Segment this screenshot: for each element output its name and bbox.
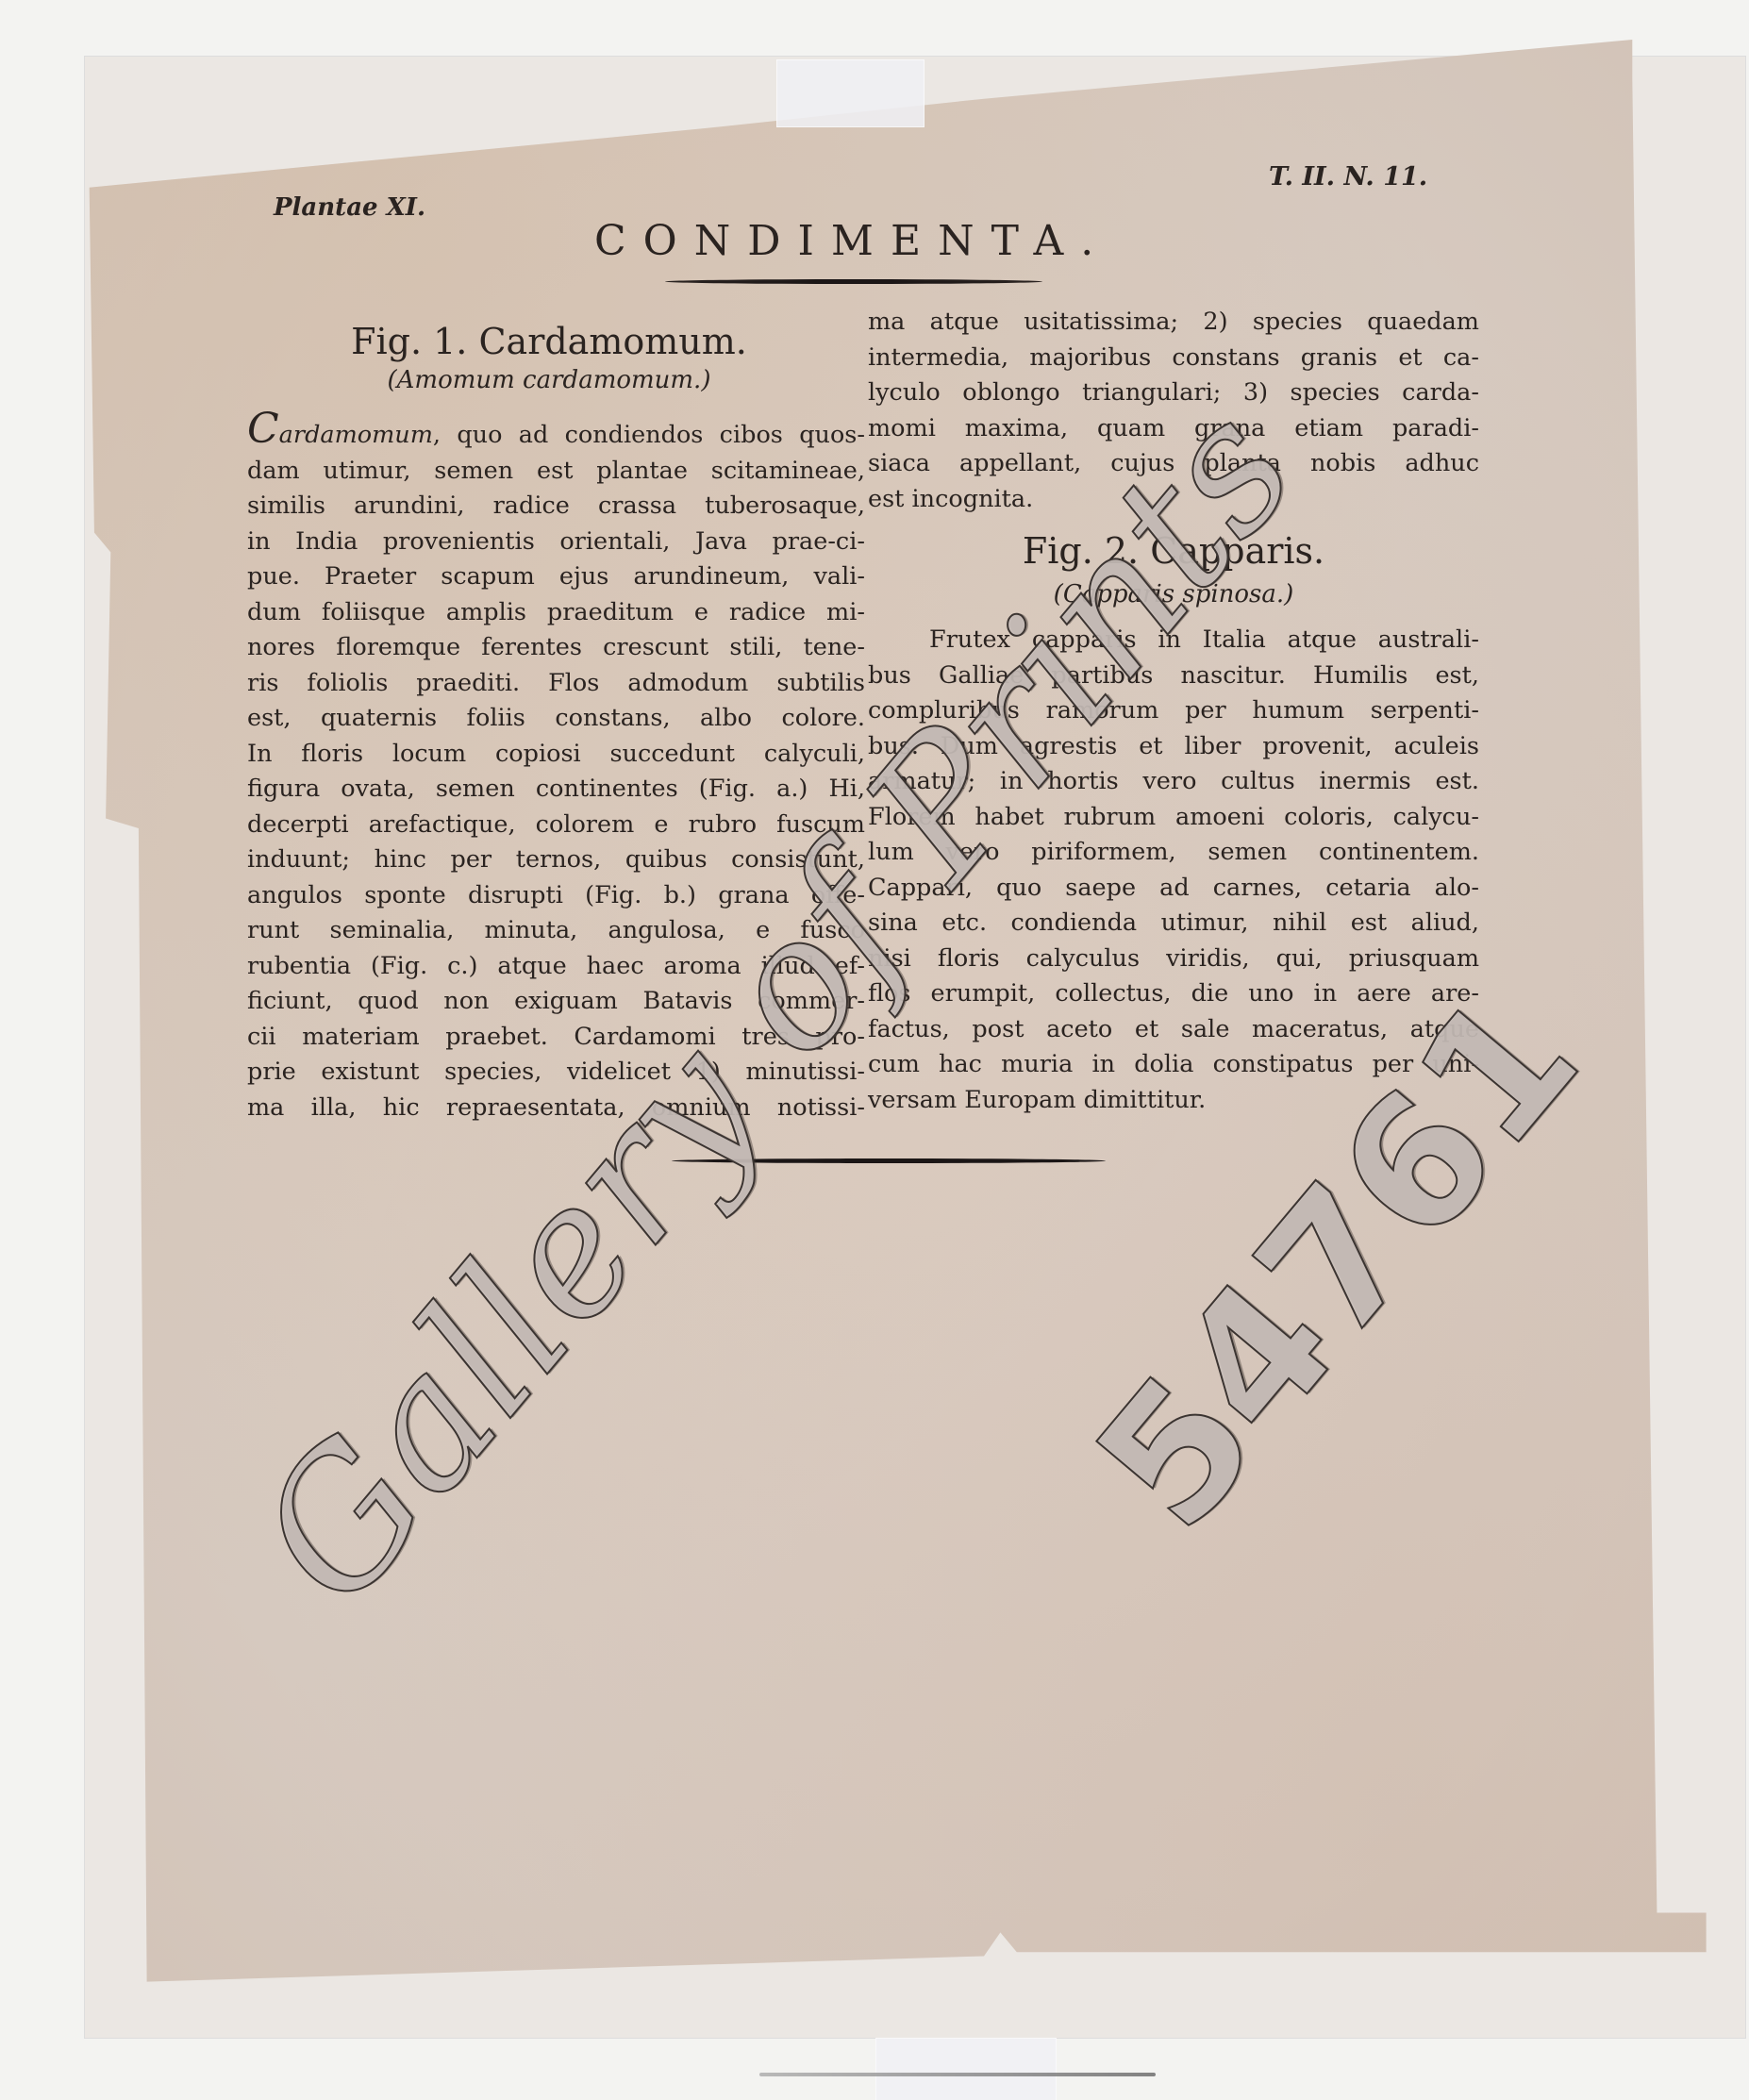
text-line: nores floremque ferentes crescunt stili,…: [247, 630, 865, 666]
text-line: flos erumpit, collectus, die uno in aere…: [868, 976, 1479, 1012]
fig1-subtitle: (Amomum cardamomum.): [247, 366, 851, 394]
text-line: ma atque usitatissima; 2) species quaeda…: [868, 305, 1479, 341]
page-title: CONDIMENTA.: [594, 217, 1110, 265]
running-head-left: Plantae XI.: [274, 193, 425, 222]
title-rule: [665, 279, 1042, 284]
text-line: in India provenientis orientali, Java pr…: [247, 525, 865, 560]
text-line: figura ovata, semen continentes (Fig. a.…: [247, 772, 865, 808]
dropcap: C: [247, 405, 279, 453]
text-line: decerpti arefactique, colorem e rubro fu…: [247, 808, 865, 843]
text-line: pue. Praeter scapum ejus arundineum, val…: [247, 559, 865, 595]
tape-top: [776, 59, 924, 127]
pencil-mark: [759, 2073, 1156, 2076]
text-line: dam utimur, semen est plantae scitaminea…: [247, 454, 865, 490]
text-line: est, quaternis foliis constans, albo col…: [247, 701, 865, 737]
text-fragment: , quo ad condiendos cibos quos-: [433, 421, 865, 449]
italic-word: ardamomum: [279, 421, 433, 449]
text-line: Cardamomum, quo ad condiendos cibos quos…: [247, 415, 865, 454]
text-line: ris foliolis praediti. Flos admodum subt…: [247, 666, 865, 702]
running-head-right: T. II. N. 11.: [1269, 162, 1427, 192]
text-line: dum foliisque amplis praeditum e radice …: [247, 595, 865, 631]
fig1-heading: Fig. 1. Cardamomum.: [247, 321, 851, 362]
tape-bottom: [875, 2038, 1057, 2100]
text-line: In floris locum copiosi succedunt calycu…: [247, 737, 865, 773]
text-line: similis arundini, radice crassa tuberosa…: [247, 489, 865, 525]
